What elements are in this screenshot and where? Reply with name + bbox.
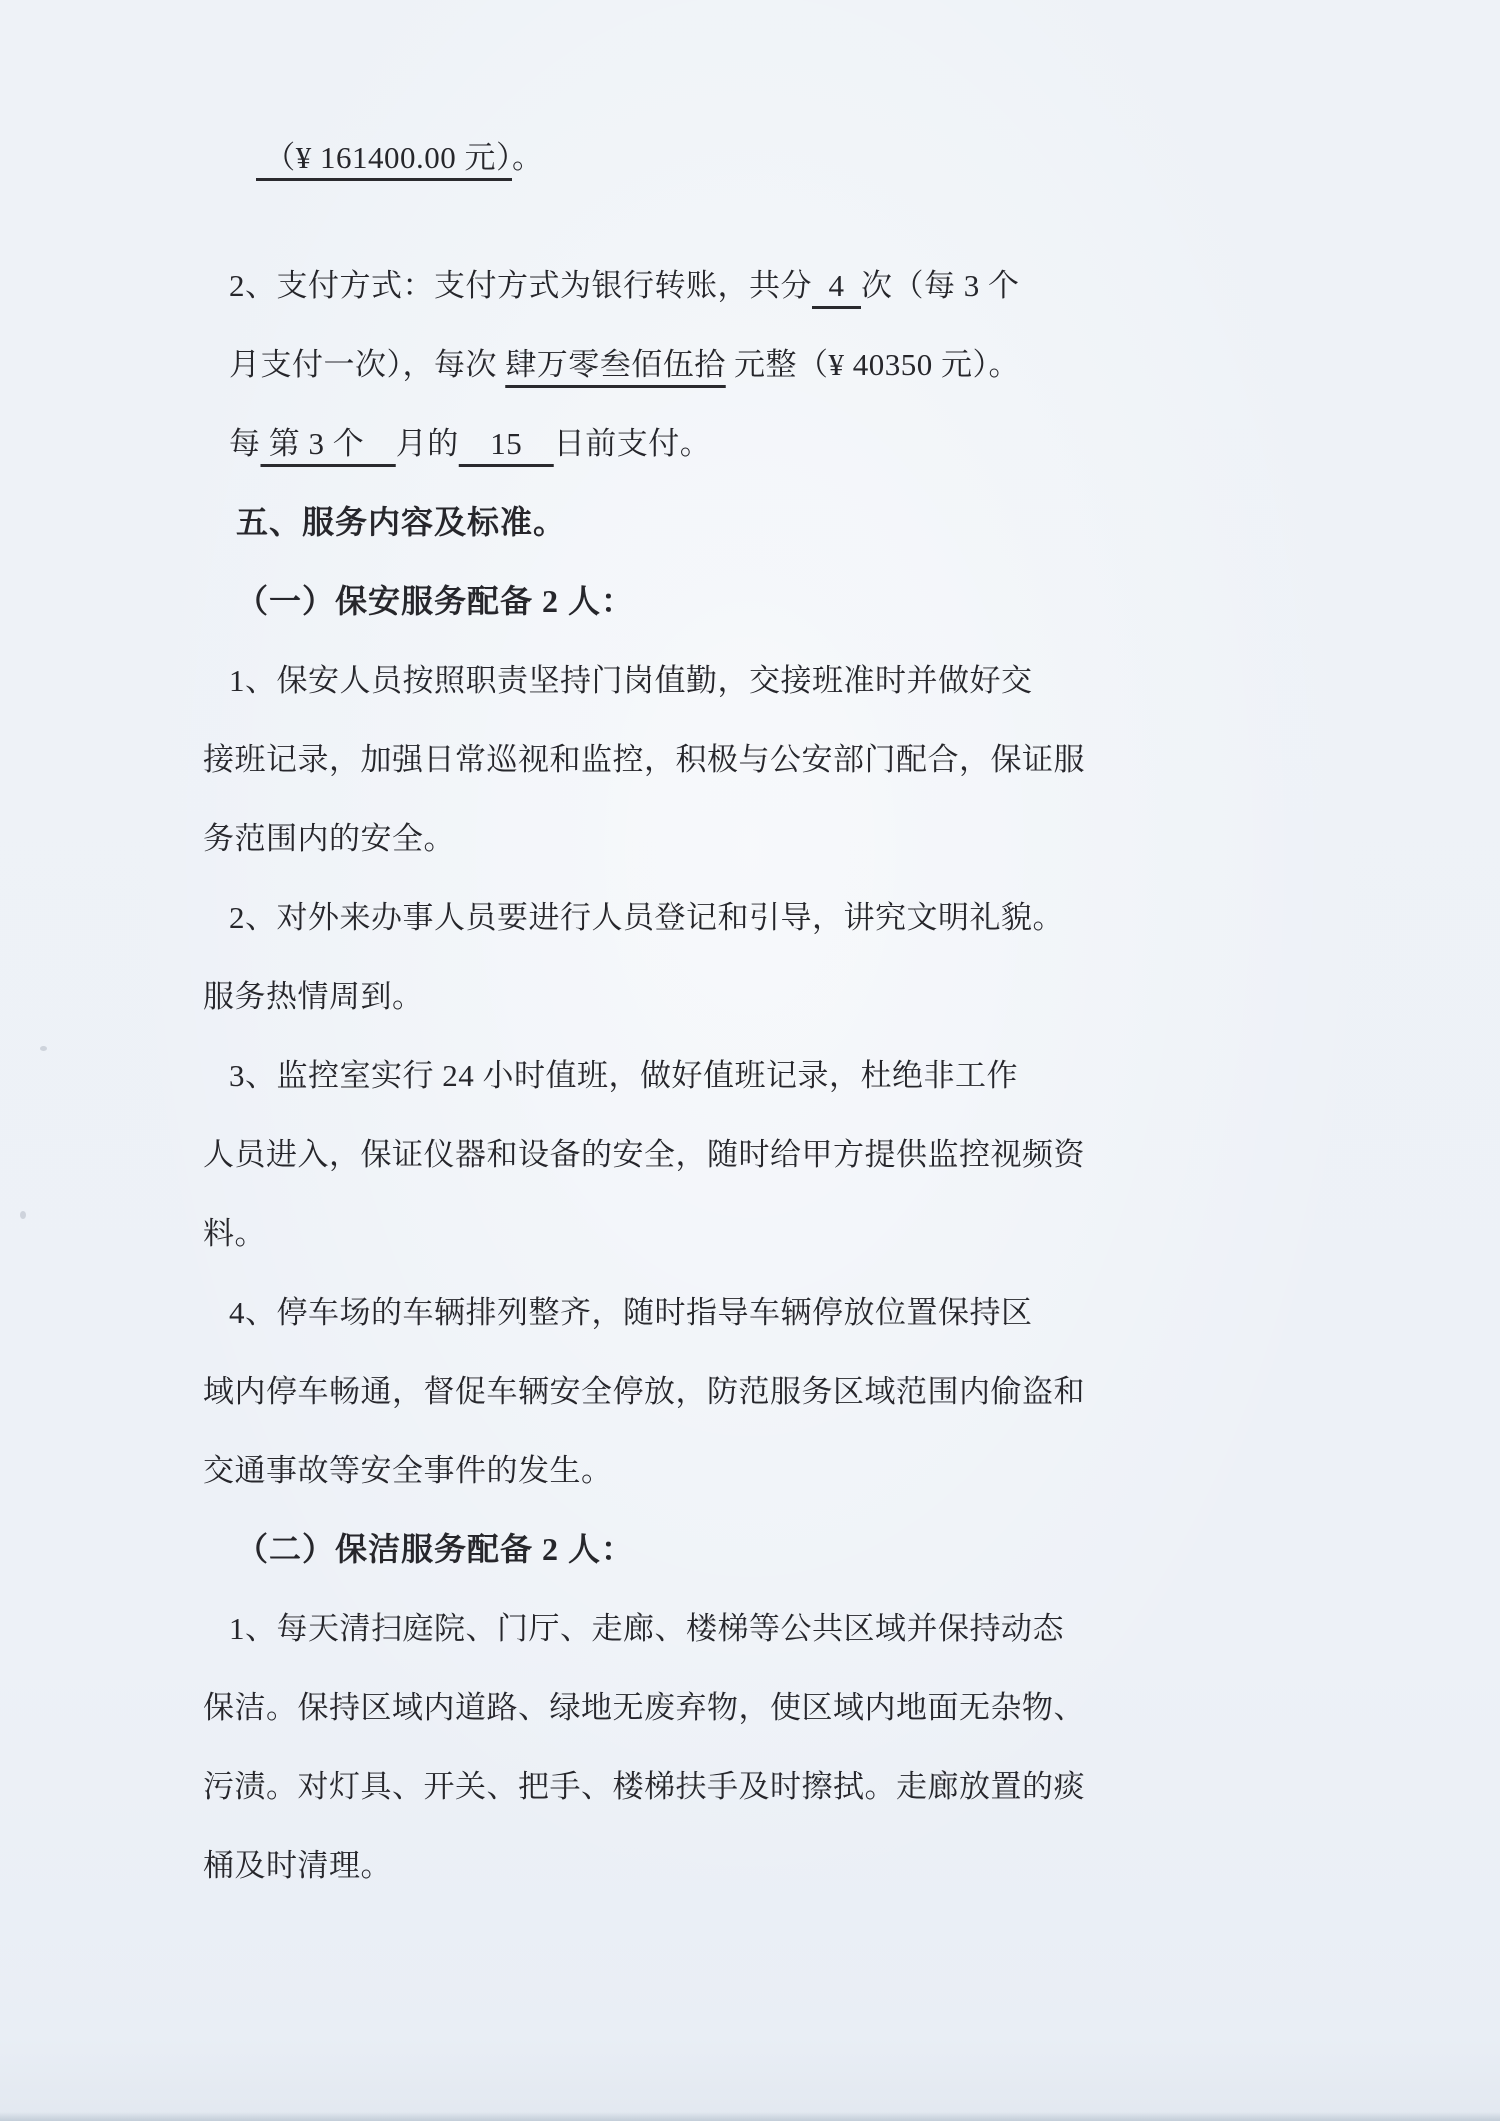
- text-run: 1、保安人员按照职责坚持门岗值勤，交接班准时并做好交: [229, 663, 1033, 698]
- text-run: 桶及时清理。: [203, 1848, 392, 1883]
- text-run: 。: [512, 140, 544, 175]
- text-line: 接班记录，加强日常巡视和监控，积极与公安部门配合，保证服: [203, 720, 993, 799]
- text-line: （¥ 161400.00 元）。: [203, 118, 993, 197]
- text-line: 1、保安人员按照职责坚持门岗值勤，交接班准时并做好交: [203, 641, 993, 720]
- scan-artifact: [20, 1211, 26, 1219]
- text-run: 保洁。保持区域内道路、绿地无废弃物，使区域内地面无杂物、: [203, 1690, 1085, 1725]
- heading-line: （二）保洁服务配备 2 人：: [203, 1510, 993, 1589]
- scan-artifact: [40, 1046, 47, 1051]
- text-run: 服务热情周到。: [203, 979, 424, 1014]
- text-line: 2、对外来办事人员要进行人员登记和引导，讲究文明礼貌。: [203, 878, 993, 957]
- text-line: 月支付一次），每次 肆万零叁佰伍拾 元整（¥ 40350 元）。: [203, 325, 993, 404]
- text-run: 交通事故等安全事件的发生。: [203, 1453, 613, 1488]
- text-run: 月的: [396, 426, 459, 461]
- text-run: 4、停车场的车辆排列整齐，随时指导车辆停放位置保持区: [229, 1295, 1033, 1330]
- text-line: 每 第 3 个 月的 15 日前支付。: [203, 404, 993, 483]
- text-run: 1、每天清扫庭院、门厅、走廊、楼梯等公共区域并保持动态: [229, 1611, 1064, 1646]
- text-line: 3、监控室实行 24 小时值班，做好值班记录，杜绝非工作: [203, 1036, 993, 1115]
- scan-bottom-edge: [0, 2112, 1500, 2121]
- underlined-blank-fill: 第 3 个: [261, 426, 396, 461]
- text-run: 域内停车畅通，督促车辆安全停放，防范服务区域范围内偷盗和: [203, 1374, 1085, 1409]
- text-line: 4、停车场的车辆排列整齐，随时指导车辆停放位置保持区: [203, 1273, 993, 1352]
- heading-line: （一）保安服务配备 2 人：: [203, 562, 993, 641]
- text-run: 元整（¥ 40350 元）。: [726, 347, 1020, 382]
- underlined-blank-fill: 4: [812, 268, 861, 303]
- text-line: 服务热情周到。: [203, 957, 993, 1036]
- text-run: 人员进入，保证仪器和设备的安全，随时给甲方提供监控视频资: [203, 1137, 1085, 1172]
- text-run: 污渍。对灯具、开关、把手、楼梯扶手及时擦拭。走廊放置的痰: [203, 1769, 1085, 1804]
- heading-line: 五、服务内容及标准。: [203, 483, 993, 562]
- text-line: 人员进入，保证仪器和设备的安全，随时给甲方提供监控视频资: [203, 1115, 993, 1194]
- text-line: 2、支付方式：支付方式为银行转账，共分 4 次（每 3 个: [203, 246, 993, 325]
- text-run: 2、对外来办事人员要进行人员登记和引导，讲究文明礼貌。: [229, 900, 1064, 935]
- text-run: （二）保洁服务配备 2 人：: [236, 1531, 634, 1567]
- text-line: 桶及时清理。: [203, 1826, 993, 1905]
- text-run: 日前支付。: [554, 426, 712, 461]
- text-run: 务范围内的安全。: [203, 821, 455, 856]
- text-line: 污渍。对灯具、开关、把手、楼梯扶手及时擦拭。走廊放置的痰: [203, 1747, 993, 1826]
- text-run: 每: [229, 426, 261, 461]
- text-line: 域内停车畅通，督促车辆安全停放，防范服务区域范围内偷盗和: [203, 1352, 993, 1431]
- text-run: 接班记录，加强日常巡视和监控，积极与公安部门配合，保证服: [203, 742, 1085, 777]
- text-run: （一）保安服务配备 2 人：: [236, 583, 634, 619]
- underlined-blank-fill: （¥ 161400.00 元）: [256, 140, 512, 175]
- text-run: 次（每 3 个: [861, 268, 1020, 303]
- text-line: 务范围内的安全。: [203, 799, 993, 878]
- text-run: 五、服务内容及标准。: [236, 504, 566, 540]
- underlined-blank-fill: 15: [459, 426, 554, 461]
- text-line: 交通事故等安全事件的发生。: [203, 1431, 993, 1510]
- text-run: 料。: [203, 1216, 266, 1251]
- text-run: 3、监控室实行 24 小时值班，做好值班记录，杜绝非工作: [229, 1058, 1018, 1093]
- text-line: 保洁。保持区域内道路、绿地无废弃物，使区域内地面无杂物、: [203, 1668, 993, 1747]
- underlined-blank-fill: 肆万零叁佰伍拾: [505, 347, 726, 382]
- text-run: 2、支付方式：支付方式为银行转账，共分: [229, 268, 812, 303]
- text-line: 1、每天清扫庭院、门厅、走廊、楼梯等公共区域并保持动态: [203, 1589, 993, 1668]
- scanned-contract-page: （¥ 161400.00 元）。2、支付方式：支付方式为银行转账，共分 4 次（…: [0, 0, 1500, 2121]
- contract-text-block: （¥ 161400.00 元）。2、支付方式：支付方式为银行转账，共分 4 次（…: [203, 118, 993, 1905]
- text-line: 料。: [203, 1194, 993, 1273]
- text-run: 月支付一次），每次: [229, 347, 505, 382]
